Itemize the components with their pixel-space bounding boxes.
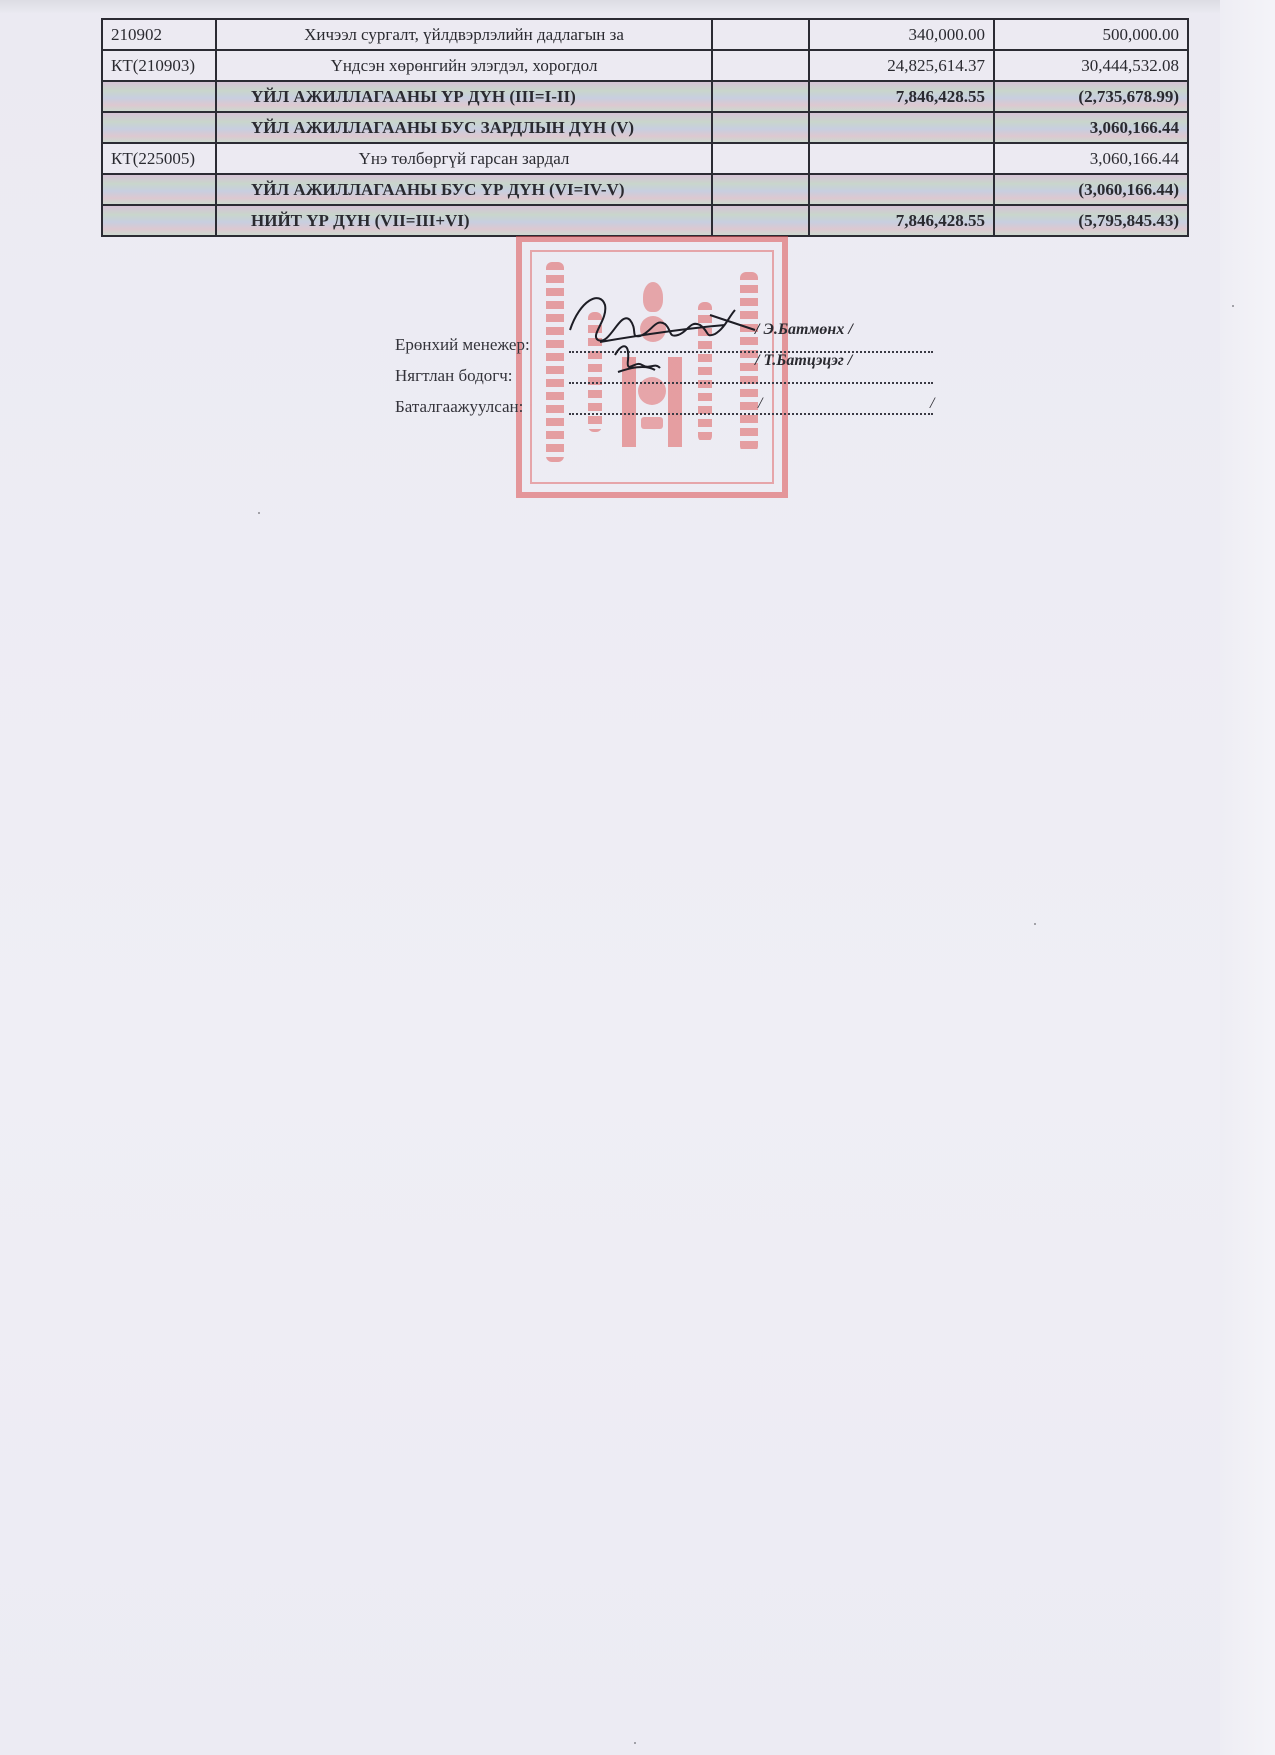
description-cell: Үнэ төлбөргүй гарсан зардал [216,143,712,174]
name-slash-close: / [930,395,934,413]
description-cell: Үндсэн хөрөнгийн элэгдэл, хорогдол [216,50,712,81]
previous-period-cell: 340,000.00 [809,19,994,50]
table-row-total: НИЙТ ҮР ДҮН (VII=III+VI)7,846,428.55(5,7… [102,205,1188,236]
scan-edge [1220,0,1275,1755]
signature-row-manager: Ерөнхий менежер: / Э.Батмөнх / [395,335,955,359]
table-row: 210902Хичээл сургалт, үйлдвэрлэлийн дадл… [102,19,1188,50]
scan-speck [634,1742,636,1744]
signature-row-accountant: Нягтлан бодогч: / Т.Батцэцэг / [395,366,955,390]
note-cell [712,19,809,50]
signature-line [569,351,933,353]
previous-period-cell: 7,846,428.55 [809,205,994,236]
scan-speck [258,512,260,514]
previous-period-cell [809,143,994,174]
account-code-cell: КТ(210903) [102,50,216,81]
account-code-cell [102,174,216,205]
previous-period-cell [809,112,994,143]
table-row-total: ҮЙЛ АЖИЛЛАГААНЫ ҮР ДҮН (III=I-II)7,846,4… [102,81,1188,112]
financial-table: 210902Хичээл сургалт, үйлдвэрлэлийн дадл… [101,18,1189,237]
current-period-cell: 500,000.00 [994,19,1188,50]
current-period-cell: (5,795,845.43) [994,205,1188,236]
account-code-cell [102,81,216,112]
note-cell [712,50,809,81]
description-cell: НИЙТ ҮР ДҮН (VII=III+VI) [216,205,712,236]
table-row: КТ(210903)Үндсэн хөрөнгийн элэгдэл, хоро… [102,50,1188,81]
table-row-total: ҮЙЛ АЖИЛЛАГААНЫ БУС ЗАРДЛЫН ДҮН (V)3,060… [102,112,1188,143]
table-row-total: ҮЙЛ АЖИЛЛАГААНЫ БУС ҮР ДҮН (VI=IV-V)(3,0… [102,174,1188,205]
account-code-cell: 210902 [102,19,216,50]
scan-speck [1034,923,1036,925]
account-code-cell: КТ(225005) [102,143,216,174]
current-period-cell: (3,060,166.44) [994,174,1188,205]
scan-speck [1232,305,1234,307]
signature-role: Ерөнхий менежер: [395,335,530,355]
seal-script-column-icon [546,262,564,462]
signature-role: Нягтлан бодогч: [395,366,513,386]
name-slash-open: / [758,395,762,413]
signature-role: Баталгаажуулсан: [395,397,523,417]
description-cell: ҮЙЛ АЖИЛЛАГААНЫ ҮР ДҮН (III=I-II) [216,81,712,112]
description-cell: ҮЙЛ АЖИЛЛАГААНЫ БУС ЗАРДЛЫН ДҮН (V) [216,112,712,143]
current-period-cell: 30,444,532.08 [994,50,1188,81]
table-row: КТ(225005)Үнэ төлбөргүй гарсан зардал3,0… [102,143,1188,174]
previous-period-cell: 24,825,614.37 [809,50,994,81]
description-cell: ҮЙЛ АЖИЛЛАГААНЫ БУС ҮР ДҮН (VI=IV-V) [216,174,712,205]
note-cell [712,205,809,236]
previous-period-cell [809,174,994,205]
signature-line [569,413,933,415]
note-cell [712,174,809,205]
current-period-cell: (2,735,678.99) [994,81,1188,112]
note-cell [712,81,809,112]
description-cell: Хичээл сургалт, үйлдвэрлэлийн дадлагын з… [216,19,712,50]
account-code-cell [102,205,216,236]
note-cell [712,112,809,143]
signatory-name: / Э.Батмөнх / [755,321,853,339]
signature-line [569,382,933,384]
current-period-cell: 3,060,166.44 [994,143,1188,174]
note-cell [712,143,809,174]
account-code-cell [102,112,216,143]
current-period-cell: 3,060,166.44 [994,112,1188,143]
signature-row-verified: Баталгаажуулсан: / / [395,397,955,421]
previous-period-cell: 7,846,428.55 [809,81,994,112]
signatory-name: / Т.Батцэцэг / [755,352,852,370]
